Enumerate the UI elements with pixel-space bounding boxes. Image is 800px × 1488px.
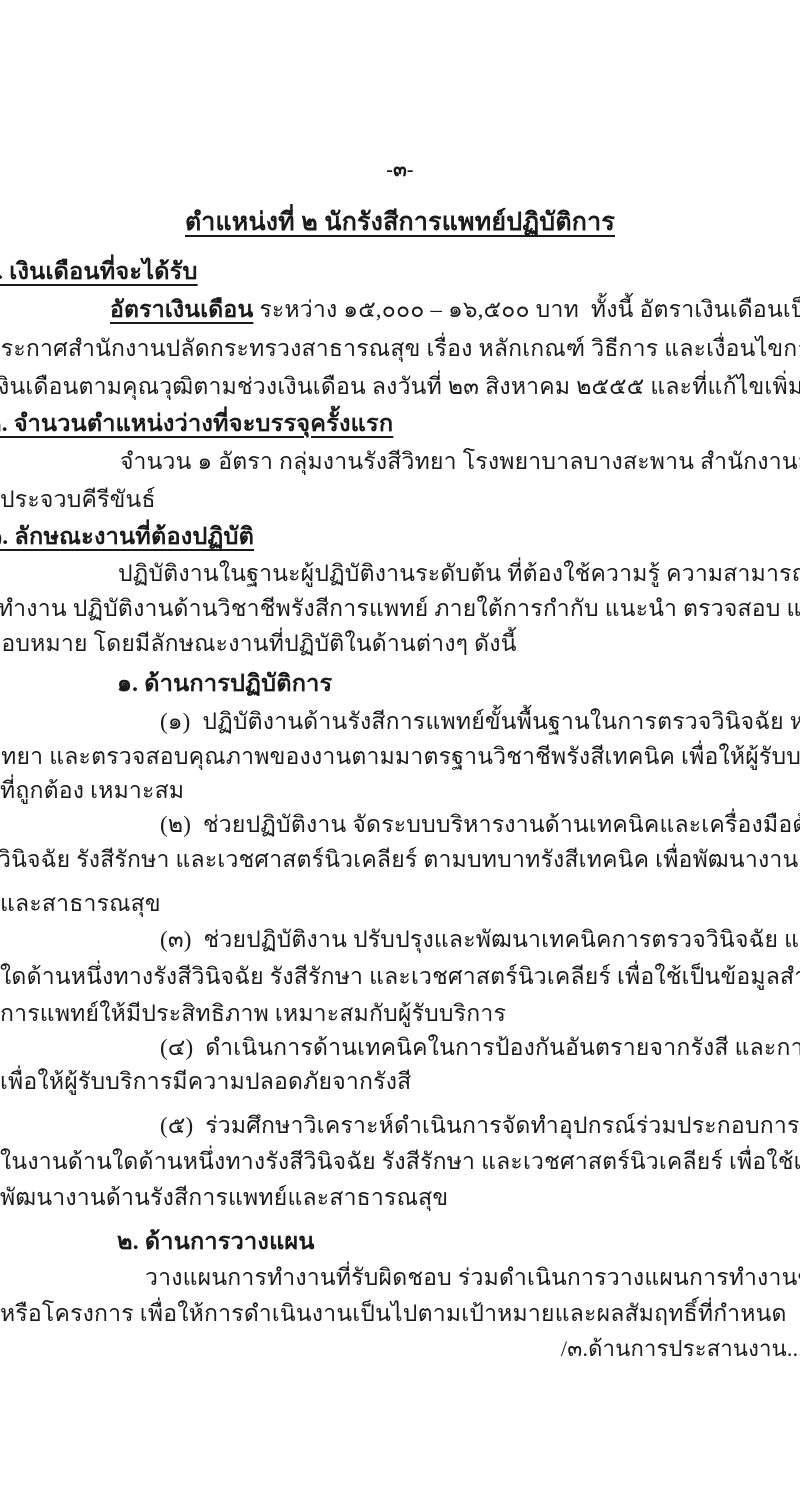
duty-item-3: (๓) ช่วยปฏิบัติงาน ปรับปรุงและพัฒนาเทคนิ… xyxy=(160,926,800,955)
salary-line: อัตราเงินเดือน ระหว่าง ๑๕,๐๐๐ – ๑๖,๕๐๐ บ… xyxy=(110,296,800,325)
body-line: ประจวบคีรีขันธ์ xyxy=(0,486,156,515)
duty-item-4: (๔) ดำเนินการด้านเทคนิคในการป้องกันอันตร… xyxy=(160,1034,800,1063)
salary-label: อัตราเงินเดือน xyxy=(110,297,253,322)
section-heading-vacancy: ๒. จำนวนตำแหน่งว่างที่จะบรรจุครั้งแรก xyxy=(0,410,393,439)
body-line: วิทยา และตรวจสอบคุณภาพของงานตามมาตรฐานวิ… xyxy=(0,743,800,772)
body-line: ในงานด้านใดด้านหนึ่งทางรังสีวินิจฉัย รัง… xyxy=(0,1148,800,1177)
duty-item-1: (๑) ปฏิบัติงานด้านรังสีการแพทย์ขั้นพื้นฐ… xyxy=(160,708,800,737)
body-line: และสาธารณสุข xyxy=(0,890,161,919)
body-line: เงินเดือนตามคุณวุฒิตามช่วงเงินเดือน ลงวั… xyxy=(0,373,800,402)
salary-value: ระหว่าง ๑๕,๐๐๐ – ๑๖,๕๐๐ บาท ทั้งนี้ อัตร… xyxy=(253,297,800,322)
body-line: ประกาศสำนักงานปลัดกระทรวงสาธารณสุข เรื่อ… xyxy=(0,335,800,364)
page-number: -๓- xyxy=(0,158,800,183)
section-heading-duties: ๓. ลักษณะงานที่ต้องปฏิบัติ xyxy=(0,523,254,552)
body-line: วางแผนการทำงานที่รับผิดชอบ ร่วมดำเนินการ… xyxy=(145,1264,800,1293)
body-line: การแพทย์ให้มีประสิทธิภาพ เหมาะสมกับผู้รั… xyxy=(0,1000,506,1029)
duty-item-2: (๒) ช่วยปฏิบัติงาน จัดระบบบริหารงานด้านเ… xyxy=(160,811,800,840)
body-line: มอบหมาย โดยมีลักษณะงานที่ปฏิบัติในด้านต่… xyxy=(0,630,517,659)
body-line: ที่ถูกต้อง เหมาะสม xyxy=(0,777,184,806)
duty-subheading-planning: ๒. ด้านการวางแผน xyxy=(117,1228,315,1257)
body-line: พัฒนางานด้านรังสีการแพทย์และสาธารณสุข xyxy=(0,1184,448,1213)
document-title: ตำแหน่งที่ ๒ นักรังสีการแพทย์ปฏิบัติการ xyxy=(0,207,800,238)
body-line: จำนวน ๑ อัตรา กลุ่มงานรังสีวิทยา โรงพยาบ… xyxy=(120,448,800,477)
body-line: หรือโครงการ เพื่อให้การดำเนินงานเป็นไปตา… xyxy=(0,1300,787,1329)
body-line: ทำงาน ปฏิบัติงานด้านวิชาชีพรังสีการแพทย์… xyxy=(0,595,800,624)
duty-item-5: (๕) ร่วมศึกษาวิเคราะห์ดำเนินการจัดทำอุปก… xyxy=(160,1112,800,1141)
body-line: ใดด้านหนึ่งทางรังสีวินิจฉัย รังสีรักษา แ… xyxy=(0,963,800,992)
body-line: เพื่อให้ผู้รับบริการมีความปลอดภัยจากรังส… xyxy=(0,1068,411,1097)
document-page: -๓-ตำแหน่งที่ ๒ นักรังสีการแพทย์ปฏิบัติก… xyxy=(0,0,800,1488)
body-line: วินิจฉัย รังสีรักษา และเวชศาสตร์นิวเคลีย… xyxy=(0,846,800,875)
body-line: ปฏิบัติงานในฐานะผู้ปฏิบัติงานระดับต้น ที… xyxy=(118,560,800,589)
next-page-note: /๓.ด้านการประสานงาน... xyxy=(561,1335,800,1363)
duty-subheading-operations: ๑. ด้านการปฏิบัติการ xyxy=(117,670,332,699)
section-heading-salary: ๑. เงินเดือนที่จะได้รับ xyxy=(0,258,198,287)
